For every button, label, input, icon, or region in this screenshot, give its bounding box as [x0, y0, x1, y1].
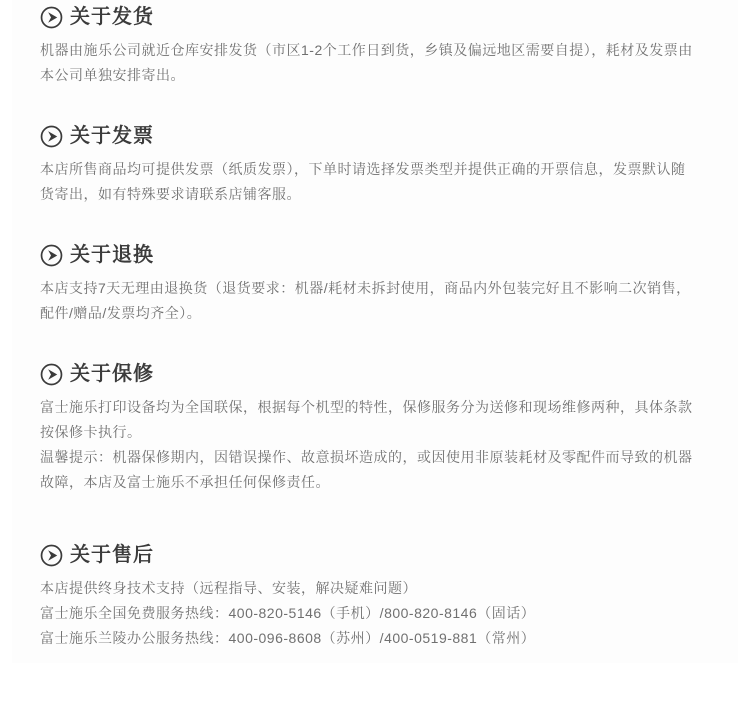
section-paragraph: 本店所售商品均可提供发票（纸质发票），下单时请选择发票类型并提供正确的开票信息，…	[40, 157, 695, 207]
section-paragraph: 富士施乐全国免费服务热线：400-820-5146（手机）/800-820-81…	[40, 601, 695, 626]
section-returns: 关于退换 本店支持7天无理由退换货（退货要求：机器/耗材未拆封使用，商品内外包装…	[40, 243, 702, 326]
product-faq-page: 关于发货 机器由施乐公司就近仓库安排发货（市区1-2个工作日到货，乡镇及偏远地区…	[0, 0, 750, 711]
section-body: 本店支持7天无理由退换货（退货要求：机器/耗材未拆封使用，商品内外包装完好且不影…	[40, 276, 695, 326]
section-aftersales: 关于售后 本店提供终身技术支持（远程指导、安装，解决疑难问题） 富士施乐全国免费…	[40, 543, 702, 651]
circle-arrow-right-icon	[40, 6, 63, 29]
section-aftersales-header: 关于售后	[40, 543, 702, 567]
section-shipping: 关于发货 机器由施乐公司就近仓库安排发货（市区1-2个工作日到货，乡镇及偏远地区…	[40, 5, 702, 88]
section-title: 关于退换	[70, 243, 154, 267]
section-paragraph: 本店提供终身技术支持（远程指导、安装，解决疑难问题）	[40, 576, 695, 601]
circle-arrow-right-icon	[40, 363, 63, 386]
section-title: 关于发票	[70, 124, 154, 148]
section-body: 机器由施乐公司就近仓库安排发货（市区1-2个工作日到货，乡镇及偏远地区需要自提）…	[40, 38, 695, 88]
section-body: 本店所售商品均可提供发票（纸质发票），下单时请选择发票类型并提供正确的开票信息，…	[40, 157, 695, 207]
section-title: 关于售后	[70, 543, 154, 567]
section-paragraph: 温馨提示：机器保修期内，因错误操作、故意损坏造成的，或因使用非原装耗材及零配件而…	[40, 445, 695, 495]
circle-arrow-right-icon	[40, 244, 63, 267]
section-warranty: 关于保修 富士施乐打印设备均为全国联保，根据每个机型的特性，保修服务分为送修和现…	[40, 362, 702, 495]
section-body: 本店提供终身技术支持（远程指导、安装，解决疑难问题） 富士施乐全国免费服务热线：…	[40, 576, 695, 651]
section-shipping-header: 关于发货	[40, 5, 702, 29]
section-warranty-header: 关于保修	[40, 362, 702, 386]
section-invoice-header: 关于发票	[40, 124, 702, 148]
section-paragraph: 富士施乐打印设备均为全国联保，根据每个机型的特性，保修服务分为送修和现场维修两种…	[40, 395, 695, 445]
circle-arrow-right-icon	[40, 544, 63, 567]
section-returns-header: 关于退换	[40, 243, 702, 267]
section-title: 关于保修	[70, 362, 154, 386]
section-paragraph: 本店支持7天无理由退换货（退货要求：机器/耗材未拆封使用，商品内外包装完好且不影…	[40, 276, 695, 326]
section-title: 关于发货	[70, 5, 154, 29]
circle-arrow-right-icon	[40, 125, 63, 148]
section-paragraph: 富士施乐兰陵办公服务热线：400-096-8608（苏州）/400-0519-8…	[40, 626, 695, 651]
section-body: 富士施乐打印设备均为全国联保，根据每个机型的特性，保修服务分为送修和现场维修两种…	[40, 395, 695, 495]
section-paragraph: 机器由施乐公司就近仓库安排发货（市区1-2个工作日到货，乡镇及偏远地区需要自提）…	[40, 38, 695, 88]
faq-panel: 关于发货 机器由施乐公司就近仓库安排发货（市区1-2个工作日到货，乡镇及偏远地区…	[12, 0, 738, 663]
section-invoice: 关于发票 本店所售商品均可提供发票（纸质发票），下单时请选择发票类型并提供正确的…	[40, 124, 702, 207]
